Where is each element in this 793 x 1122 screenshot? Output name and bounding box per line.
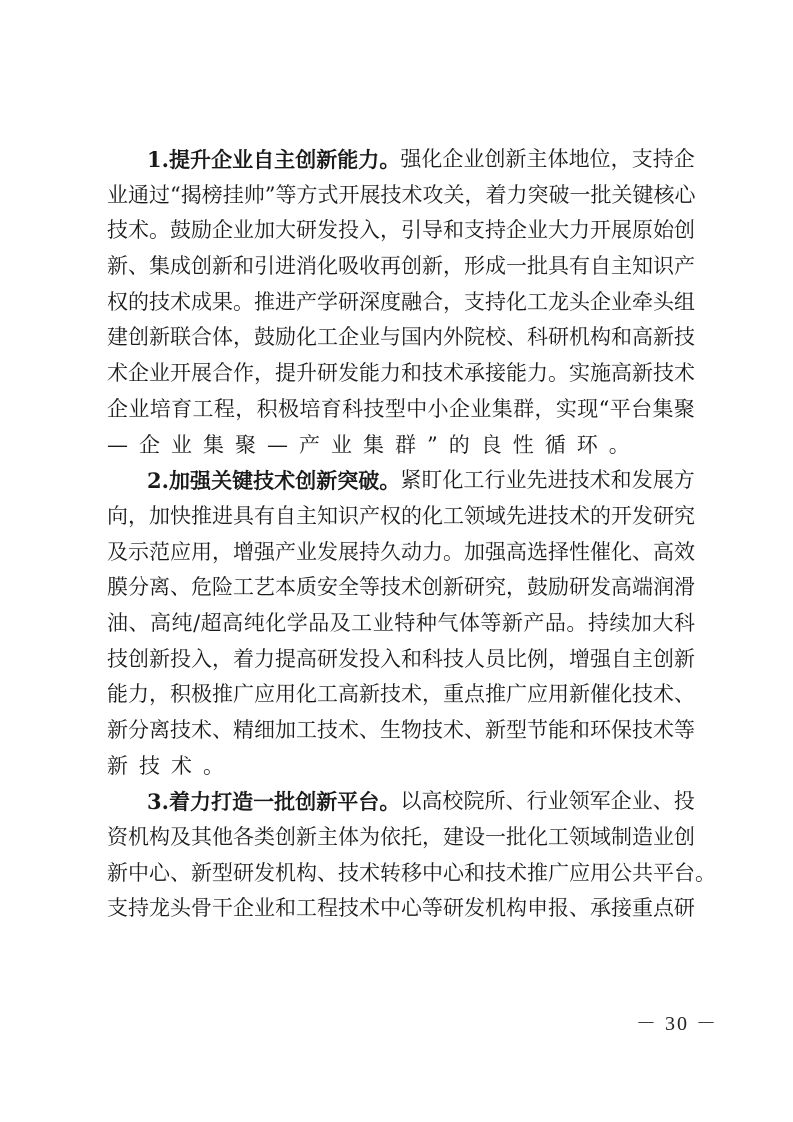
text-line: 新、集成创新和引进消化吸收再创新，形成一批具有自主知识产 [107,249,695,285]
document-page: 1.提升企业自主创新能力。强化企业创新主体地位，支持企业通过“揭榜挂帅”等方式开… [0,0,793,1122]
text-line: 业通过“揭榜挂帅”等方式开展技术攻关，着力突破一批关键核心 [107,178,695,214]
page-number: － 30 － [636,1007,718,1036]
text-line: 建创新联合体，鼓励化工企业与国内外院校、科研机构和高新技 [107,320,695,356]
body-text: 1.提升企业自主创新能力。强化企业创新主体地位，支持企业通过“揭榜挂帅”等方式开… [107,142,707,927]
text-line: 能力，积极推广应用化工高新技术，重点推广应用新催化技术、 [107,677,695,713]
text-line: 油、高纯/超高纯化学品及工业特种气体等新产品。持续加大科 [107,606,695,642]
text-line: —企业集聚—产业集群”的良性循环。 [107,428,695,464]
text-line: 膜分离、危险工艺本质安全等技术创新研究，鼓励研发高端润滑 [107,570,695,606]
text-line: 新中心、新型研发机构、技术转移中心和技术推广应用公共平台。 [107,856,695,892]
text-line: 2.加强关键技术创新突破。紧盯化工行业先进技术和发展方 [107,463,695,499]
text-line: 技创新投入，着力提高研发投入和科技人员比例，增强自主创新 [107,642,695,678]
text-line: 新技术。 [107,749,695,785]
text-line: 3.着力打造一批创新平台。以高校院所、行业领军企业、投 [107,784,695,820]
text-line: 及示范应用，增强产业发展持久动力。加强高选择性催化、高效 [107,535,695,571]
text-line: 术企业开展合作，提升研发能力和技术承接能力。实施高新技术 [107,356,695,392]
text-line: 支持龙头骨干企业和工程技术中心等研发机构申报、承接重点研 [107,891,695,927]
text-line: 1.提升企业自主创新能力。强化企业创新主体地位，支持企 [107,142,695,178]
text-line: 资机构及其他各类创新主体为依托，建设一批化工领域制造业创 [107,820,695,856]
text-line: 权的技术成果。推进产学研深度融合，支持化工龙头企业牵头组 [107,285,695,321]
text-line: 新分离技术、精细加工技术、生物技术、新型节能和环保技术等 [107,713,695,749]
text-line: 技术。鼓励企业加大研发投入，引导和支持企业大力开展原始创 [107,213,695,249]
text-line: 向，加快推进具有自主知识产权的化工领域先进技术的开发研究 [107,499,695,535]
text-line: 企业培育工程，积极培育科技型中小企业集群，实现“平台集聚 [107,392,695,428]
